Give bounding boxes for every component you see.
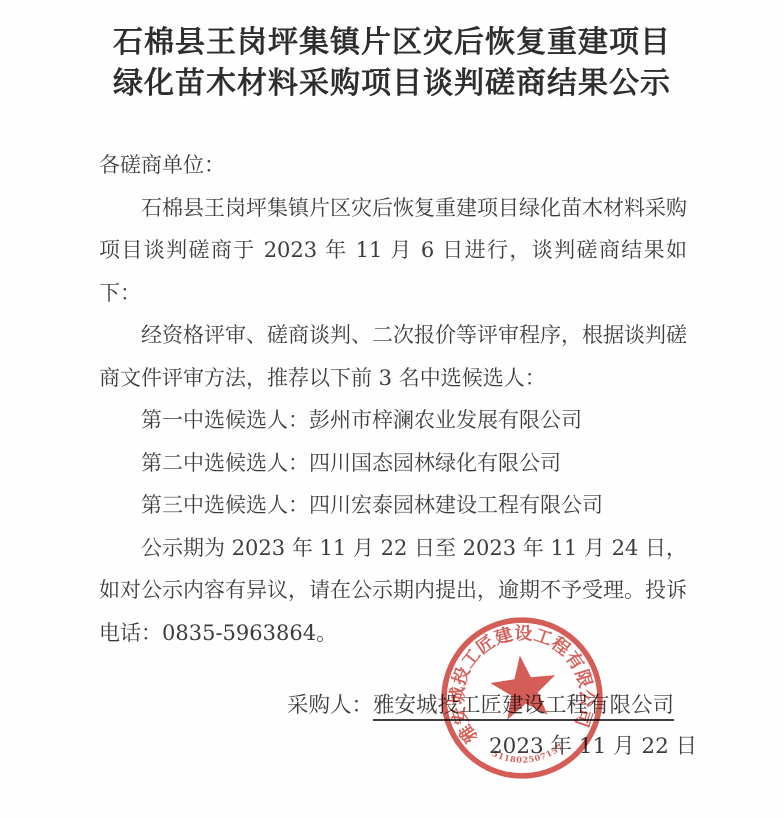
body-paragraph-1: 石棉县王岗坪集镇片区灾后恢复重建项目绿化苗木材料采购项目谈判磋商于 2023 年… — [99, 187, 687, 315]
purchaser-label: 采购人： — [287, 693, 373, 718]
body-paragraph-2: 经资格评审、磋商谈判、二次报价等评审程序，根据谈判磋商文件评审方法，推荐以下前 … — [99, 314, 687, 399]
candidate-line-1: 第一中选候选人：彭州市梓澜农业发展有限公司 — [99, 399, 687, 442]
title-line-2: 绿化苗木材料采购项目谈判磋商结果公示 — [0, 63, 784, 104]
document-body: 各磋商单位： 石棉县王岗坪集镇片区灾后恢复重建项目绿化苗木材料采购项目谈判磋商于… — [99, 144, 687, 654]
candidate-line-2: 第二中选候选人：四川国态园林绿化有限公司 — [99, 442, 687, 485]
candidate-line-3: 第三中选候选人：四川宏泰园林建设工程有限公司 — [99, 484, 687, 527]
announcement-document: 石棉县王岗坪集镇片区灾后恢复重建项目 绿化苗木材料采购项目谈判磋商结果公示 各磋… — [0, 0, 784, 818]
official-seal: 雅安城投工匠建设工程有限公司 5118025071571 — [425, 600, 619, 796]
seal-star-icon — [487, 651, 559, 721]
salutation: 各磋商单位： — [99, 144, 687, 187]
title-line-1: 石棉县王岗坪集镇片区灾后恢复重建项目 — [0, 22, 784, 63]
page-title: 石棉县王岗坪集镇片区灾后恢复重建项目 绿化苗木材料采购项目谈判磋商结果公示 — [0, 22, 784, 104]
